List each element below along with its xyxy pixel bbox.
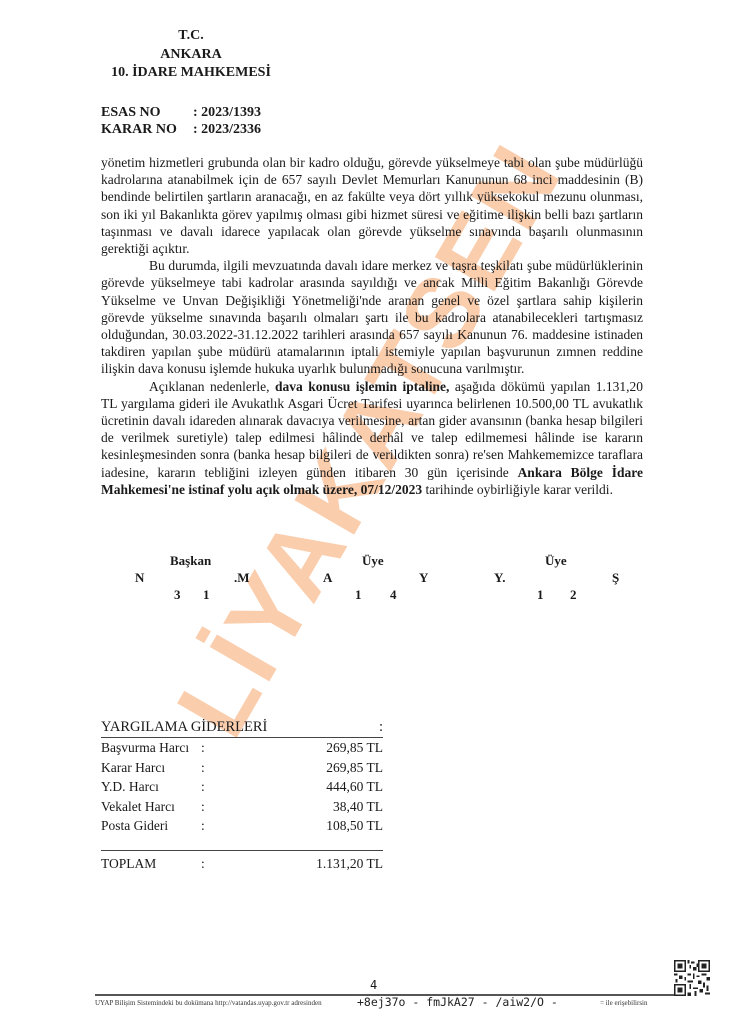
esas-no: ESAS NO: 2023/1393 <box>101 104 261 121</box>
signature-name-4: Y <box>419 570 428 586</box>
expense-colon: : <box>201 758 221 778</box>
header-city: ANKARA <box>96 46 286 64</box>
page-number: 4 <box>370 978 377 992</box>
signature-number-5: 1 <box>537 587 544 603</box>
p3-bold-ruling: dava konusu işlemin iptaline, <box>275 379 449 394</box>
signature-title-member-1: Üye <box>362 553 384 569</box>
paragraph-2: Bu durumda, ilgili mevzuatında davalı id… <box>101 257 643 377</box>
expense-label: Vekalet Harcı <box>101 797 201 817</box>
decision-body: yönetim hizmetleri grubunda olan bir kad… <box>101 154 643 498</box>
expense-label: Başvurma Harcı <box>101 738 201 758</box>
qr-code-icon <box>674 960 710 996</box>
signature-number-4: 4 <box>390 587 397 603</box>
signature-name-5: Y. <box>494 570 505 586</box>
karar-no-label: KARAR NO <box>101 121 193 138</box>
footer-uyap-text: UYAP Bilişim Sistemindeki bu dokümana ht… <box>95 999 322 1007</box>
paragraph-1: yönetim hizmetleri grubunda olan bir kad… <box>101 154 643 257</box>
footer-verification-code: +8ej37o - fmJkA27 - /aiw2/O - <box>357 995 558 1009</box>
expenses-total-row: TOPLAM : 1.131,20 TL <box>101 850 383 874</box>
expenses-title: YARGILAMA GİDERLERİ <box>101 718 267 737</box>
karar-no: KARAR NO: 2023/2336 <box>101 121 261 138</box>
esas-no-value: : 2023/1393 <box>193 105 261 120</box>
expense-colon: : <box>201 738 221 758</box>
expense-value: 269,85 TL <box>221 758 383 778</box>
p3-text-e: tarihinde oybirliğiyle karar verildi. <box>422 482 613 497</box>
expenses-title-row: YARGILAMA GİDERLERİ : <box>101 718 383 738</box>
expense-value: 108,50 TL <box>221 816 383 836</box>
expense-label: Karar Harcı <box>101 758 201 778</box>
signature-name-3: A <box>323 570 332 586</box>
expense-label: Y.D. Harcı <box>101 777 201 797</box>
expenses-table: YARGILAMA GİDERLERİ : Başvurma Harcı:269… <box>101 718 383 836</box>
signature-number-3: 1 <box>355 587 362 603</box>
expense-row: Posta Gideri:108,50 TL <box>101 816 383 836</box>
total-value: 1.131,20 TL <box>221 854 383 874</box>
total-colon: : <box>201 854 221 874</box>
total-label: TOPLAM <box>101 854 201 874</box>
karar-no-value: : 2023/2336 <box>193 122 261 137</box>
expense-colon: : <box>201 797 221 817</box>
expense-row: Vekalet Harcı:38,40 TL <box>101 797 383 817</box>
expense-value: 444,60 TL <box>221 777 383 797</box>
signature-name-6: Ş <box>612 570 619 586</box>
expenses-title-colon: : <box>379 718 383 737</box>
footer-tail-text: = ile erişebilirsin <box>600 999 648 1007</box>
paragraph-3: Açıklanan nedenlerle, dava konusu işlemi… <box>101 378 643 498</box>
expenses-rows: Başvurma Harcı:269,85 TLKarar Harcı:269,… <box>101 738 383 836</box>
signature-number-1: 3 <box>174 587 181 603</box>
expense-value: 269,85 TL <box>221 738 383 758</box>
expense-colon: : <box>201 777 221 797</box>
expense-colon: : <box>201 816 221 836</box>
header-tc: T.C. <box>96 27 286 45</box>
signature-number-6: 2 <box>570 587 577 603</box>
signature-name-1: N <box>135 570 144 586</box>
signature-title-member-2: Üye <box>545 553 567 569</box>
signature-title-president: Başkan <box>170 553 211 569</box>
expense-row: Y.D. Harcı:444,60 TL <box>101 777 383 797</box>
expense-label: Posta Gideri <box>101 816 201 836</box>
expense-row: Karar Harcı:269,85 TL <box>101 758 383 778</box>
signature-name-2: .M <box>234 570 250 586</box>
p3-text-a: Açıklanan nedenlerle, <box>149 379 275 394</box>
expense-row: Başvurma Harcı:269,85 TL <box>101 738 383 758</box>
esas-no-label: ESAS NO <box>101 104 193 121</box>
header-court: 10. İDARE MAHKEMESİ <box>96 64 286 82</box>
expense-value: 38,40 TL <box>221 797 383 817</box>
signature-number-2: 1 <box>203 587 210 603</box>
